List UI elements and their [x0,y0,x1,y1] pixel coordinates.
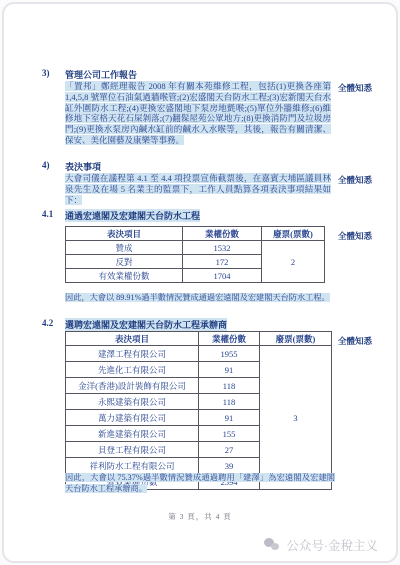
column-header: 廢票(票數) [260,332,332,346]
table-cell: 反對 [66,255,183,269]
section-4-1-title: 通過宏遠閣及宏建閣天台防水工程 [65,209,200,222]
section-4-2-heading: 4.2 選聘宏遠閣及宏建閣天台防水工程承辦商 [42,318,227,331]
section-4-2-title: 選聘宏遠閣及宏建閣天台防水工程承辦商 [65,318,227,331]
section-3-number: 3) [42,68,65,81]
acknowledgement-note-3: 全體知悉 [338,82,388,94]
column-header: 廢票(票數) [262,227,325,241]
document-content: 3) 管理公司工作報告 「置邦」鄭經理報告 2008 年有關本苑維修工程，包括(… [0,0,400,565]
section-4-title: 表決事項 [65,160,101,173]
table-cell: 建澤工程有限公司 [66,346,199,362]
table-cell: 新進建築有限公司 [66,426,199,442]
section-3-body: 「置邦」鄭經理報告 2008 年有關本苑維修工程，包括(1)更換各座第1,4,5… [65,81,331,146]
table-header-row: 表決項目業權份數廢票(票數) [66,227,325,241]
watermark-text: 公众号·金稅主义 [286,536,378,554]
column-header: 表決項目 [66,227,183,241]
table-cell: 永熙建築有限公司 [66,394,199,410]
table-header-row: 表決項目業權份數廢票(票數) [66,332,332,346]
table-cell: 萬力建築有限公司 [66,410,199,426]
section-3-heading: 3) 管理公司工作報告 [42,68,137,81]
table-cell: 118 [199,378,260,394]
table-cell: 172 [183,255,262,269]
acknowledgement-note-4-2: 全體知悉 [338,335,388,347]
wechat-bubbles-icon [264,538,281,552]
table-cell: 1704 [183,269,262,283]
section-3-title: 管理公司工作報告 [65,68,137,81]
table-row: 贊成15322 [66,241,325,255]
table-cell: 祥利防水工程有限公司 [66,458,199,474]
table-cell: 1955 [199,346,260,362]
table-cell: 39 [199,458,260,474]
vote-table-4-1: 表決項目業權份數廢票(票數)贊成15322反對172有效業權份數1704 [65,226,325,283]
table-cell: 91 [199,362,260,378]
table-cell: 金洋(香港)設計裝飾有限公司 [66,378,199,394]
section-4-1-conclusion: 因此，大會以 89.91%過半數情況贊成通過宏遠閣及宏建閣天台防水工程。 [65,293,335,304]
table-cell: 118 [199,394,260,410]
watermark: 公众号·金稅主义 [264,536,378,554]
table-cell: 155 [199,426,260,442]
section-4-number: 4) [42,160,65,173]
vote-table-4-2: 表決項目業權份數廢票(票數)建澤工程有限公司19553先進化工有限公司91金洋(… [65,331,332,490]
section-4-body: 大會司儀在議程第 4.1 至 4.4 項投票宣佈截票後，在嘉賓大埔區議員林泉先生… [65,173,331,205]
acknowledgement-note-4-1: 全體知悉 [338,230,388,242]
section-4-1-heading: 4.1 通過宏遠閣及宏建閣天台防水工程 [42,209,200,222]
spoiled-votes-cell: 2 [262,241,325,283]
section-4-2-number: 4.2 [42,318,65,331]
table-cell: 貝登工程有限公司 [66,442,199,458]
column-header: 表決項目 [66,332,199,346]
table-row: 建澤工程有限公司19553 [66,346,332,362]
column-header: 業權份數 [183,227,262,241]
table-cell: 先進化工有限公司 [66,362,199,378]
section-4-2-conclusion: 因此，大會以 75.37%過半數情況贊成通過聘用「建澤」為宏遠閣及宏建閣天台防水… [65,473,335,495]
table-cell: 91 [199,410,260,426]
table-cell: 27 [199,442,260,458]
table-cell: 贊成 [66,241,183,255]
table-cell: 有效業權份數 [66,269,183,283]
table-cell: 1532 [183,241,262,255]
column-header: 業權份數 [199,332,260,346]
section-4-1-number: 4.1 [42,209,65,222]
spoiled-votes-cell: 3 [260,346,332,490]
acknowledgement-note-4: 全體知悉 [338,174,388,186]
section-4-heading: 4) 表決事項 [42,160,101,173]
page-number: 第 3 頁，共 4 頁 [0,511,400,522]
